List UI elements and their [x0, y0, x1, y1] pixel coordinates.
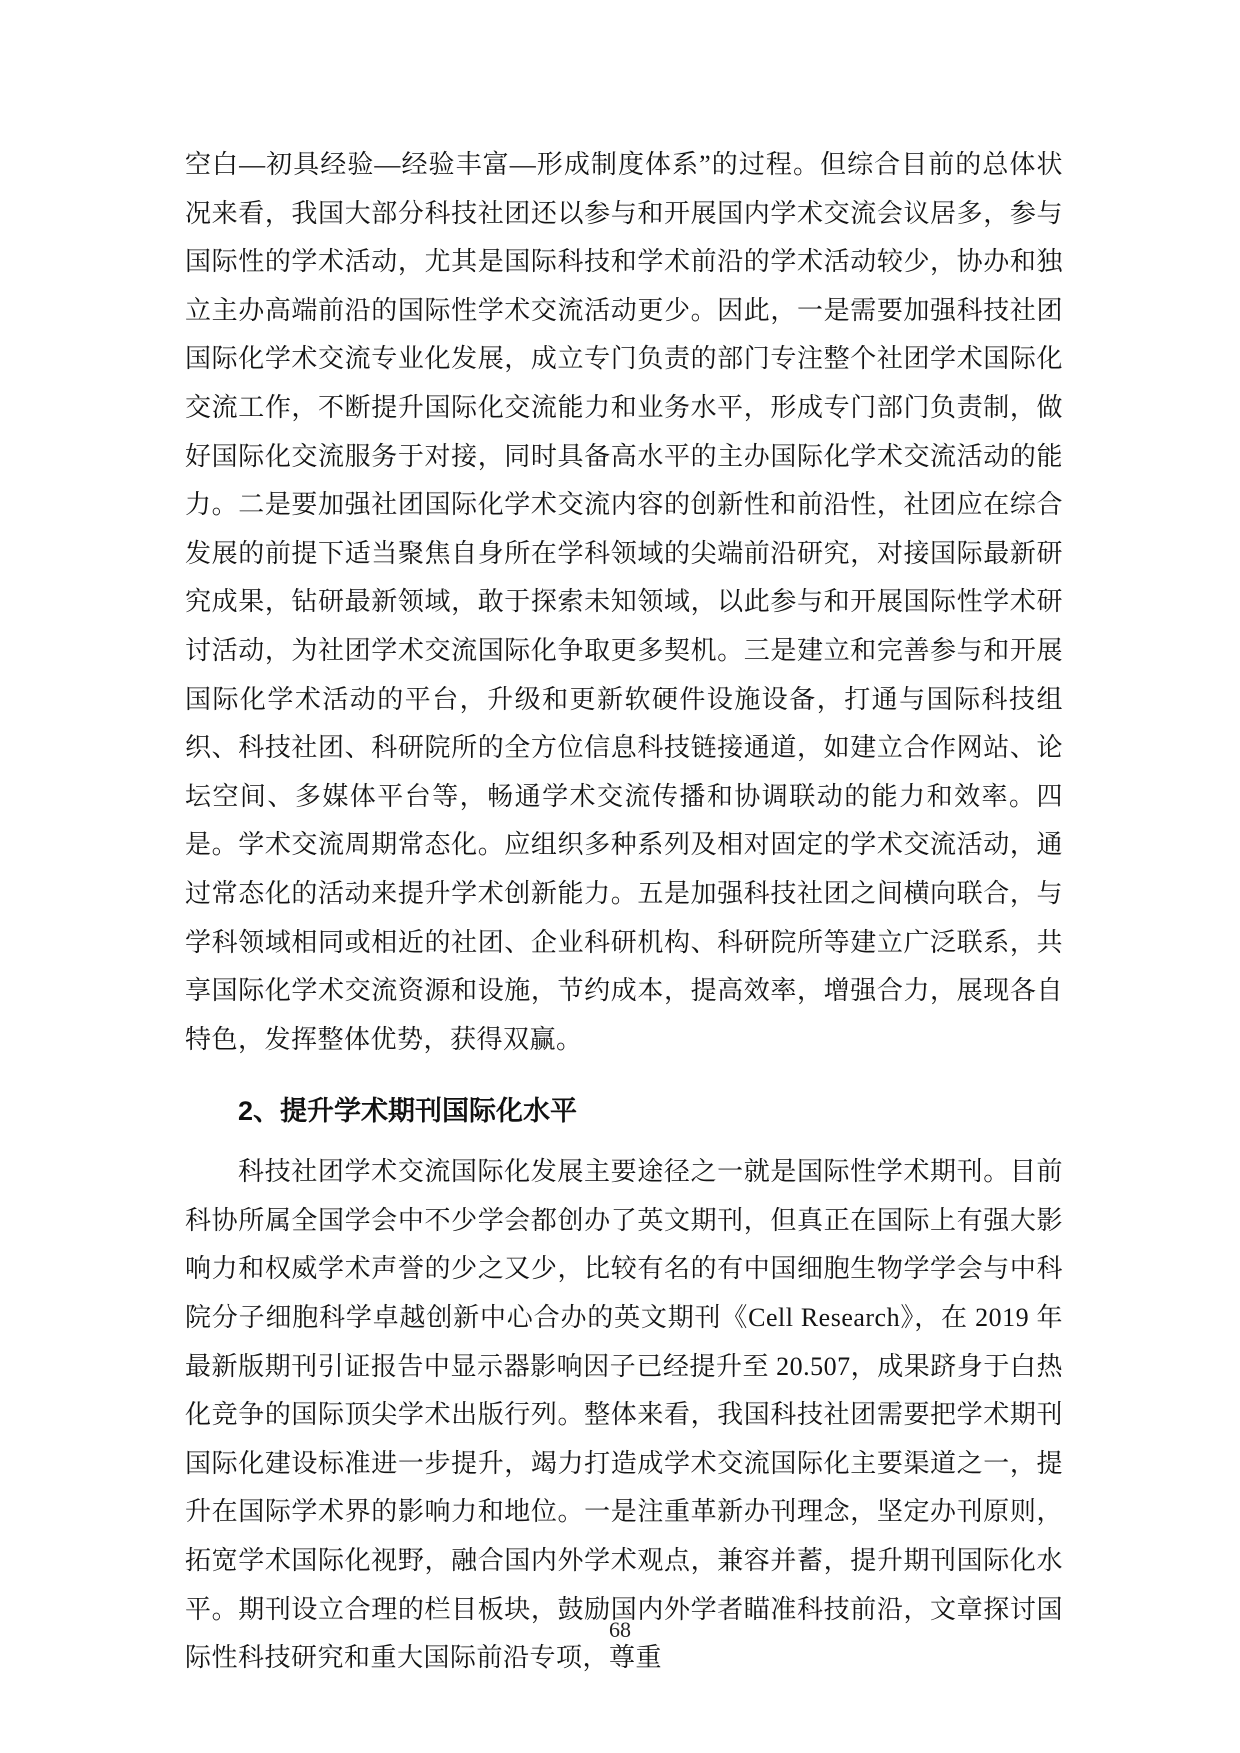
document-page: 空白—初具经验—经验丰富—形成制度体系”的过程。但综合目前的总体状况来看，我国大…: [0, 0, 1240, 1753]
page-content: 空白—初具经验—经验丰富—形成制度体系”的过程。但综合目前的总体状况来看，我国大…: [185, 141, 1063, 1683]
section-heading: 2、提升学术期刊国际化水平: [185, 1091, 1063, 1131]
body-paragraph-1: 空白—初具经验—经验丰富—形成制度体系”的过程。但综合目前的总体状况来看，我国大…: [185, 141, 1063, 1064]
body-paragraph-2: 科技社团学术交流国际化发展主要途径之一就是国际性学术期刊。目前科协所属全国学会中…: [185, 1148, 1063, 1683]
page-number: 68: [0, 1617, 1240, 1643]
